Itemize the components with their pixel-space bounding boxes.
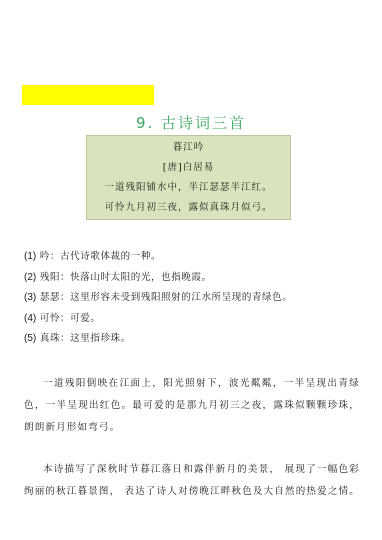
note-item: (5) 真珠：这里指珍珠。 <box>24 332 364 353</box>
translation-paragraph: 一道残阳倒映在江面上，阳光照射下，波光粼粼，一半呈现出青绿色，一半呈现出红色。最… <box>24 373 360 439</box>
note-text: 瑟瑟：这里形容未受到残阳照射的江水所呈现的青绿色。 <box>40 292 293 303</box>
note-text: 吟：古代诗歌体裁的一种。 <box>40 251 161 262</box>
note-number: (5) <box>24 333 36 344</box>
note-text: 残阳：快落山时太阳的光，也指晚霞。 <box>40 272 212 283</box>
note-number: (1) <box>24 251 36 262</box>
note-number: (4) <box>24 313 36 324</box>
note-text: 真珠：这里指珍珠。 <box>40 333 131 344</box>
annotation-notes: (1) 吟：古代诗歌体裁的一种。 (2) 残阳：快落山时太阳的光，也指晚霞。 (… <box>24 250 364 353</box>
lesson-title: 9. 古诗词三首 <box>0 113 382 133</box>
note-number: (2) <box>24 272 36 283</box>
yellow-highlight-bar <box>22 85 154 105</box>
poem-line-2: 可怜九月初三夜，露似真珠月似弓。 <box>87 201 290 215</box>
poem-author: [唐]白居易 <box>87 161 290 175</box>
note-item: (2) 残阳：快落山时太阳的光，也指晚霞。 <box>24 271 364 292</box>
note-item: (3) 瑟瑟：这里形容未受到残阳照射的江水所呈现的青绿色。 <box>24 291 364 312</box>
note-number: (3) <box>24 292 36 303</box>
theme-paragraph: 本诗描写了深秋时节暮江落日和露伴新月的美景， 展现了一幅色彩绚丽的秋江暮景图， … <box>24 459 360 503</box>
note-item: (4) 可怜：可爱。 <box>24 312 364 333</box>
poem-line-1: 一道残阳铺水中，半江瑟瑟半江红。 <box>87 181 290 195</box>
poem-box: 暮江吟 [唐]白居易 一道残阳铺水中，半江瑟瑟半江红。 可怜九月初三夜，露似真珠… <box>86 135 291 220</box>
note-text: 可怜：可爱。 <box>40 313 101 324</box>
poem-title: 暮江吟 <box>87 141 290 155</box>
note-item: (1) 吟：古代诗歌体裁的一种。 <box>24 250 364 271</box>
